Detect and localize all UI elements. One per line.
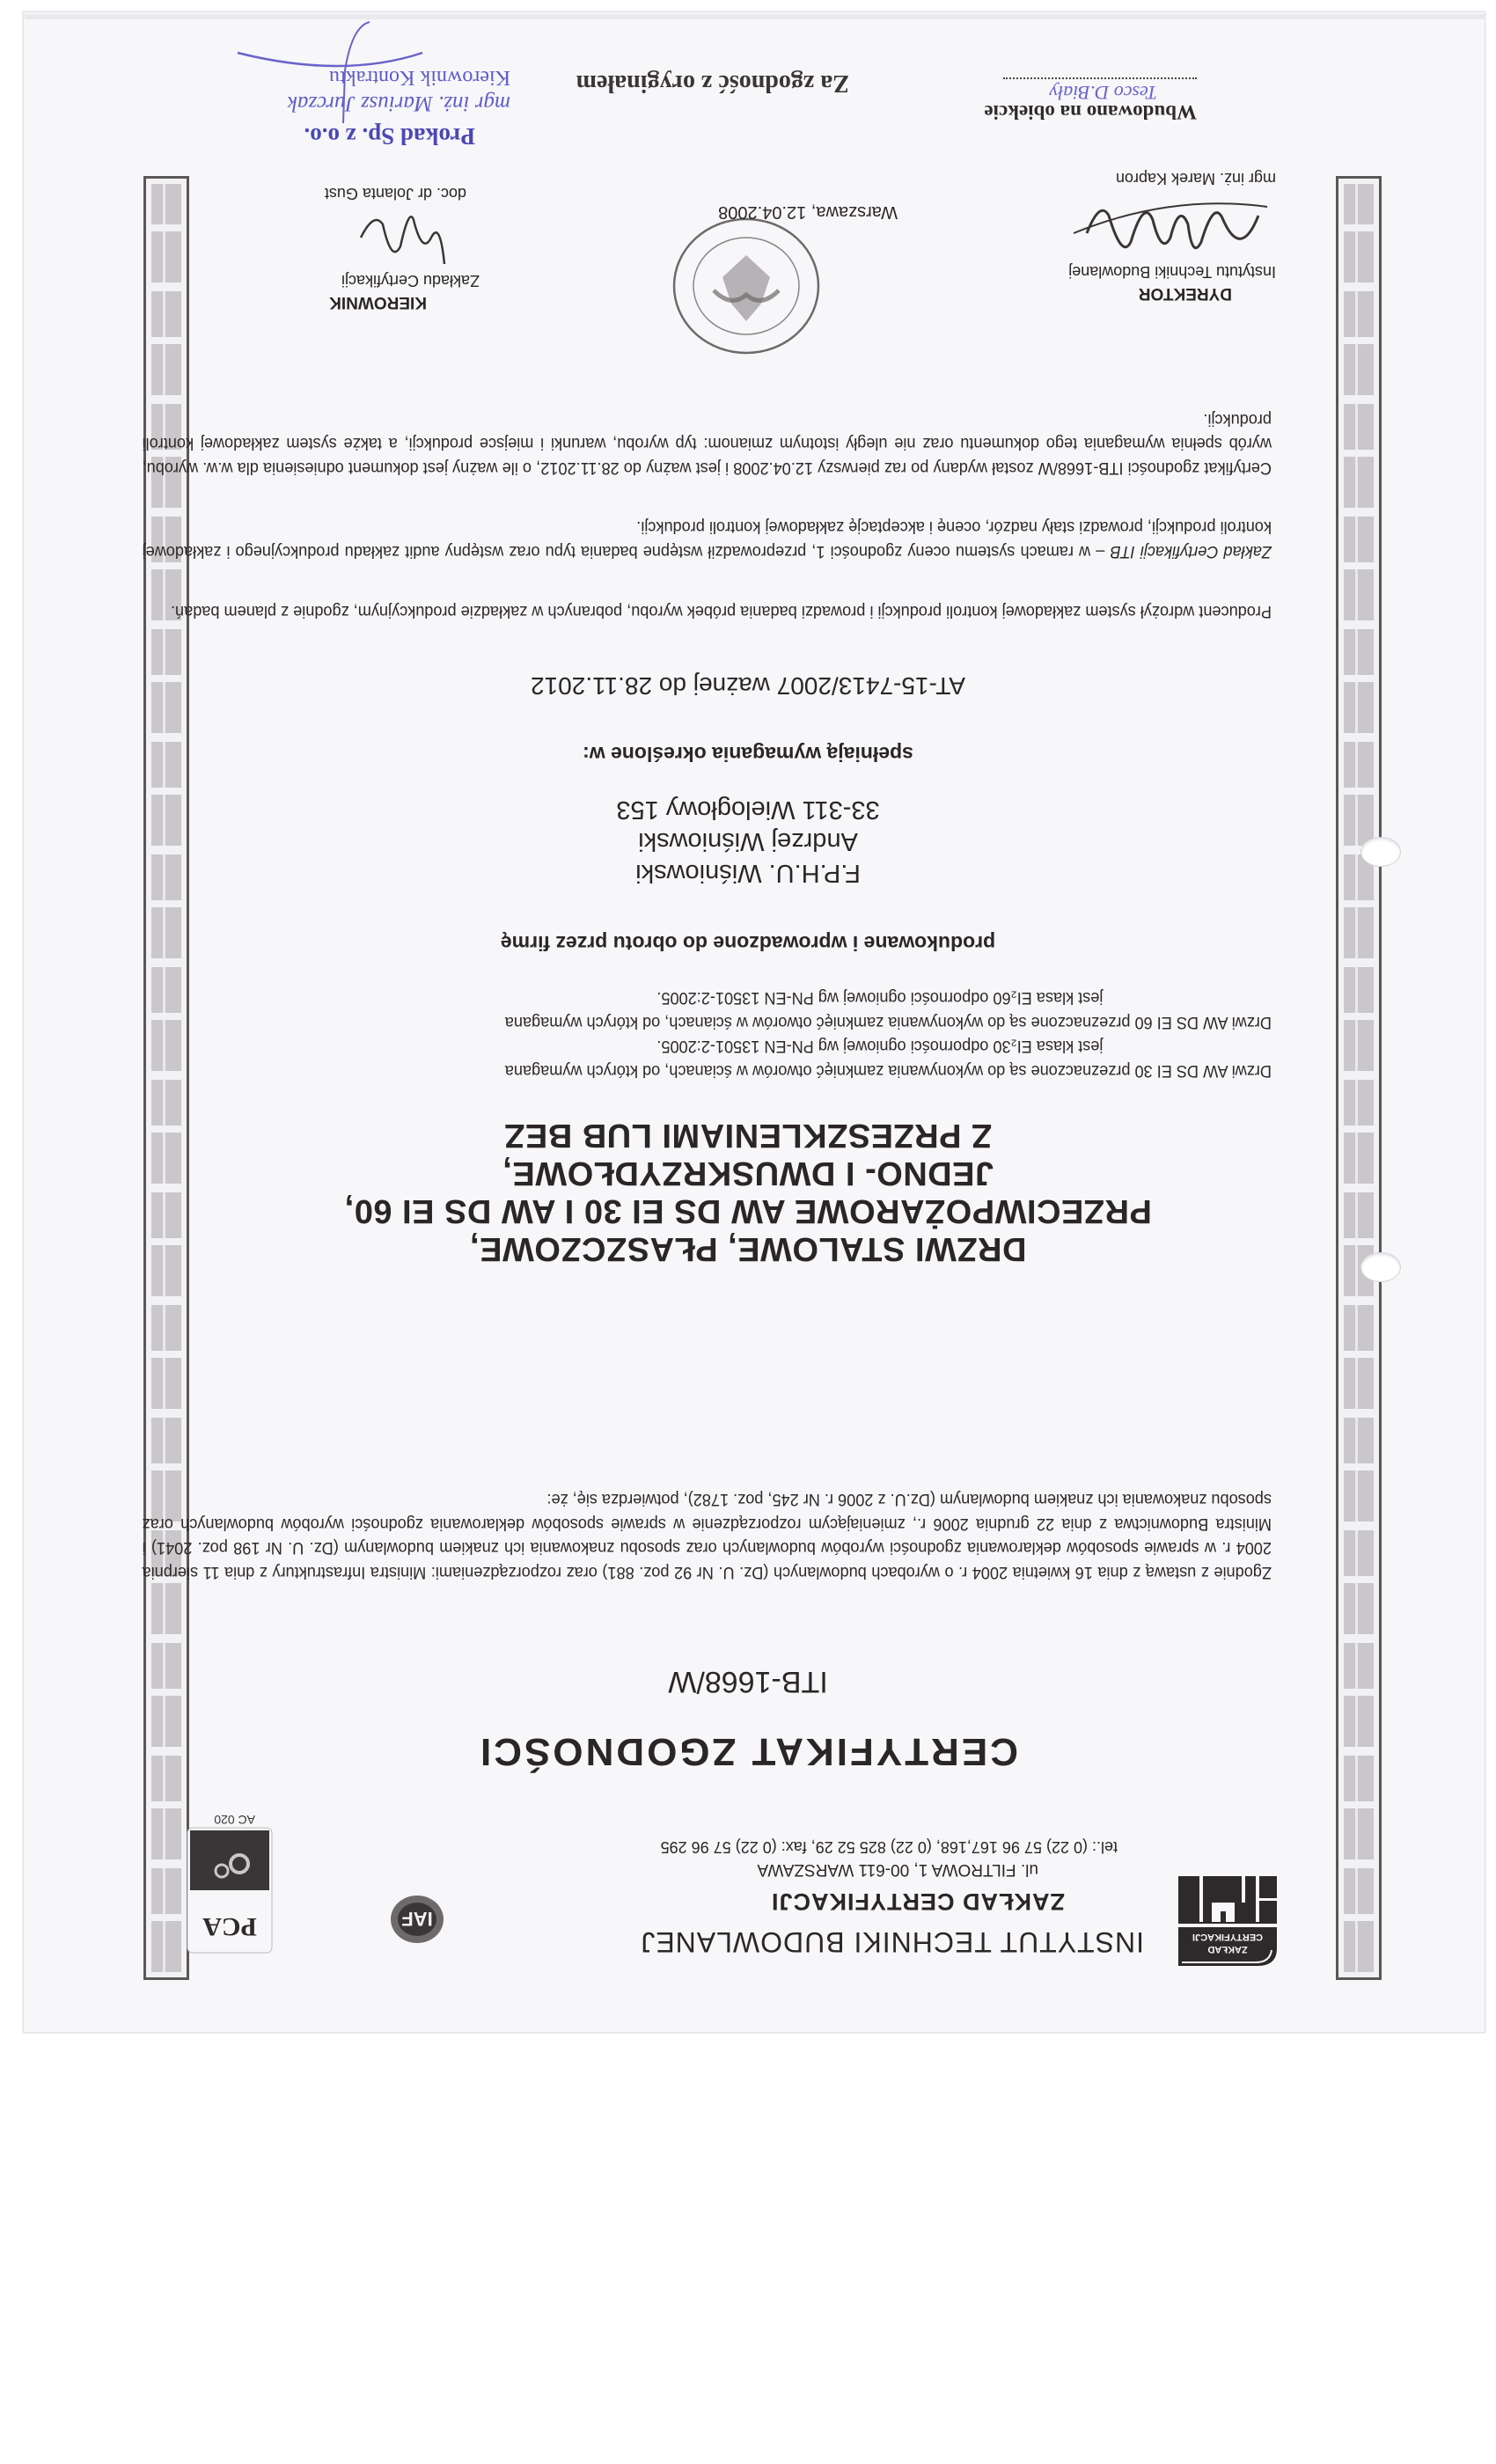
institute-address: ul. FILTROWA 1, 00-611 WARSZAWA	[352, 1859, 1038, 1879]
decorative-border-left	[1336, 176, 1382, 1980]
institute-header: INSTYTUT TECHNIKI BUDOWLANEJ ZAKŁAD CERT…	[352, 1837, 1144, 1958]
company-name: F.P.H.U. Wiśniowski	[176, 857, 1320, 889]
company-address: 33-311 Wielogłowy 153	[176, 794, 1320, 825]
certification-body-name: Zakład Certyfikacji ITB	[1110, 542, 1272, 561]
svg-text:IAF: IAF	[401, 1908, 432, 1930]
manager-signature-icon	[220, 18, 449, 141]
department-name: ZAKŁAD CERTYFIKACJI	[352, 1888, 1065, 1915]
svg-text:PCA: PCA	[202, 1912, 257, 1941]
pca-accreditation-number: AC 020	[214, 1813, 255, 1827]
manufacturer-company: F.P.H.U. Wiśniowski Andrzej Wiśniowski 3…	[176, 794, 1320, 889]
certificate-number: ITB-1668/W	[176, 1664, 1320, 1698]
punch-hole-icon	[1360, 837, 1401, 867]
product-title-line: JEDNO- I DWUSKRZYDŁOWE,	[176, 1154, 1320, 1192]
certification-body-paragraph: Zakład Certyfikacji ITB – w ramach syste…	[143, 515, 1272, 563]
signatory-role: KIEROWNIK	[329, 291, 515, 312]
product-title-line: DRZWI STALOWE, PŁASZCZOWE,	[176, 1229, 1320, 1267]
institute-seal-icon	[669, 216, 823, 356]
iaf-logo-icon: IAF	[390, 1894, 444, 1945]
signatory-unit: Zakładu Certyfikacji	[329, 270, 515, 291]
product-title-line: Z PRZESZKLENIAMI LUB BEZ	[176, 1116, 1320, 1154]
signatory-head-name: doc. dr Jolanta Gust	[325, 184, 466, 202]
legal-basis-paragraph: Zgodnie z ustawą z dnia 16 kwietnia 2004…	[143, 1487, 1272, 1584]
door-descriptions: Drzwi AW DS EI 30 przeznaczone są do wyk…	[143, 986, 1272, 1082]
company-owner: Andrzej Wiśniowski	[176, 825, 1320, 857]
product-title-line: PRZECIWPOŻAROWE AW DS EI 30 I AW DS EI 6…	[176, 1192, 1320, 1229]
door-ei60-description: Drzwi AW DS EI 60 przeznaczone są do wyk…	[143, 1010, 1272, 1035]
producer-paragraph: Producent wdrożył system zakładowej kont…	[143, 599, 1272, 624]
built-in-dotted-line	[1003, 77, 1197, 79]
signatory-head: KIEROWNIK Zakładu Certyfikacji	[329, 270, 515, 312]
conformity-stamp: Za zgodność z oryginałem	[576, 69, 849, 97]
institute-name: INSTYTUT TECHNIKI BUDOWLANEJ	[352, 1925, 1144, 1958]
certification-body-text: – w ramach systemu oceny zgodności 1, pr…	[143, 518, 1272, 562]
director-signature-icon	[1065, 189, 1276, 268]
itb-logo-icon: ZAKŁAD CERTYFIKACJI	[1175, 1873, 1280, 1971]
head-signature-icon	[339, 202, 462, 273]
svg-text:ZAKŁAD: ZAKŁAD	[1207, 1944, 1247, 1954]
pca-logo-icon: PCA	[187, 1827, 273, 1954]
institute-contact: tel.: (0 22) 57 96 167,168, (0 22) 825 5…	[352, 1837, 1118, 1856]
signatory-role: DYREKTOR	[1068, 282, 1276, 304]
svg-text:CERTYFIKACJI: CERTYFIKACJI	[1192, 1932, 1263, 1942]
technical-approval: AT-15-7413/2007 ważnej do 28.11.2012	[176, 671, 1320, 700]
door-ei30-class: jest klasa EI₂30 odporności ogniowej wg …	[143, 1034, 1272, 1059]
validity-paragraph: Certyfikat zgodności ITB-1668/W został w…	[143, 407, 1272, 480]
punch-hole-icon	[1360, 1252, 1401, 1282]
certificate-title: CERTYFIKAT ZGODNOŚCI	[176, 1729, 1320, 1773]
produced-by-label: produkowane i wprowadzone do obrotu prze…	[176, 931, 1320, 955]
signatory-director-name: mgr inż. Marek Kapron	[1116, 169, 1276, 187]
place-and-date: Warszawa, 12.04.2008	[718, 202, 898, 222]
door-ei30-description: Drzwi AW DS EI 30 przeznaczone są do wyk…	[143, 1059, 1272, 1083]
door-ei60-class: jest klasa EI₂60 odporności ogniowej wg …	[143, 986, 1272, 1010]
built-in-handwritten: Tesco D.Biały	[1049, 81, 1157, 104]
scanned-certificate: ZAKŁAD CERTYFIKACJI INSTYTUT TECHNIKI BU…	[0, 0, 1496, 2464]
product-title: DRZWI STALOWE, PŁASZCZOWE, PRZECIWPOŻARO…	[176, 1116, 1320, 1267]
meets-requirements-label: spełniają wymagania określone w:	[176, 742, 1320, 766]
